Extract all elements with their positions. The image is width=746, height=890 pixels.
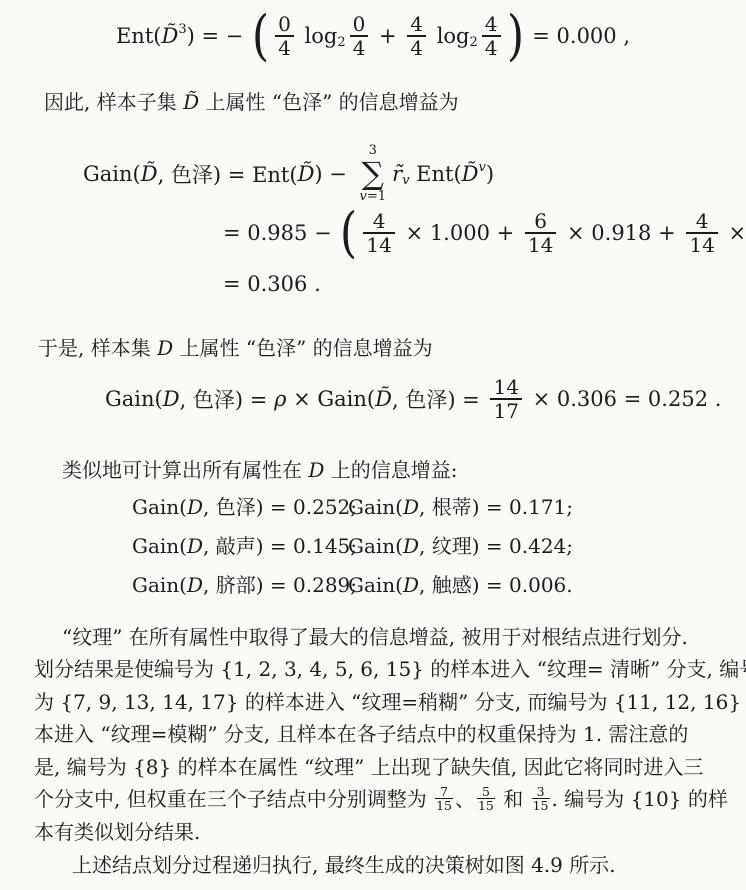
gain-value-seze: Gain(D, 色泽) = 0.252; (132, 492, 357, 522)
body-line-5: 是, 编号为 {8} 的样本在属性 “纹理” 上出现了缺失值, 因此它将同时进入… (34, 752, 703, 782)
fraction: 715 (435, 785, 453, 813)
big-paren: ( (252, 11, 269, 61)
gain-value-chugan: Gain(D, 触感) = 0.006. (348, 570, 573, 600)
paragraph-thus: 于是, 样本集 D 上属性 “色泽” 的信息增益为 (38, 333, 433, 363)
body-line-7: 本有类似划分结果. (34, 817, 200, 847)
body-line-6: 个分支中, 但权重在三个子结点中分别调整为 715、515 和 315. 编号为… (34, 784, 728, 815)
fraction: 04 (350, 13, 369, 59)
body-line-2: 划分结果是使编号为 {1, 2, 3, 4, 5, 6, 15} 的样本进入 “… (34, 654, 746, 684)
formula-entropy-d3: Ent(D̃3) = − (04 log204 + 44 log244) = 0… (0, 12, 746, 60)
body-line-4: 本进入 “纹理=模糊” 分支, 且样本在各子结点中的权重保持为 1. 需注意的 (34, 719, 688, 749)
body-line-3: 为 {7, 9, 13, 14, 17} 的样本进入 “纹理=稍糊” 分支, 而… (34, 687, 746, 717)
big-paren: ( (340, 208, 357, 258)
fraction: 414 (363, 210, 394, 256)
body-line-1: “纹理” 在所有属性中取得了最大的信息增益, 被用于对根结点进行划分. (62, 622, 688, 652)
formula-gain-subset-line1: Gain(D̃, 色泽) = Ent(D̃) − 3∑v=1r̃v Ent(D̃… (83, 142, 494, 206)
formula-gain-subset-line2: = 0.985 − (414 × 1.000 + 614 × 0.918 + 4… (223, 209, 746, 257)
closing-line: 上述结点划分过程递归执行, 最终生成的决策树如图 4.9 所示. (72, 850, 616, 880)
fraction: 04 (275, 13, 294, 59)
paragraph-therefore: 因此, 样本子集 D̃ 上属性 “色泽” 的信息增益为 (44, 87, 459, 117)
formula-gain-subset-line3: = 0.306 . (223, 271, 321, 297)
summation-symbol: 3∑v=1 (360, 144, 387, 205)
big-paren: ) (506, 11, 523, 61)
gain-value-gendi: Gain(D, 根蒂) = 0.171; (348, 492, 573, 522)
paragraph-similarly: 类似地可计算出所有属性在 D 上的信息增益: (62, 455, 458, 485)
book-page: Ent(D̃3) = − (04 log204 + 44 log244) = 0… (0, 0, 746, 890)
formula-gain-full: Gain(D, 色泽) = ρ × Gain(D̃, 色泽) = 1417 × … (105, 374, 721, 424)
fraction: 414 (686, 210, 717, 256)
fraction: 315 (532, 785, 550, 813)
gain-value-wenli: Gain(D, 纹理) = 0.424; (348, 531, 573, 561)
fraction: 614 (525, 210, 556, 256)
gain-value-qiaosheng: Gain(D, 敲声) = 0.145; (132, 531, 357, 561)
fraction: 515 (477, 785, 495, 813)
fraction: 44 (482, 13, 501, 59)
fraction: 44 (407, 13, 426, 59)
fraction: 1417 (490, 376, 521, 422)
gain-value-qibu: Gain(D, 脐部) = 0.289; (132, 570, 357, 600)
